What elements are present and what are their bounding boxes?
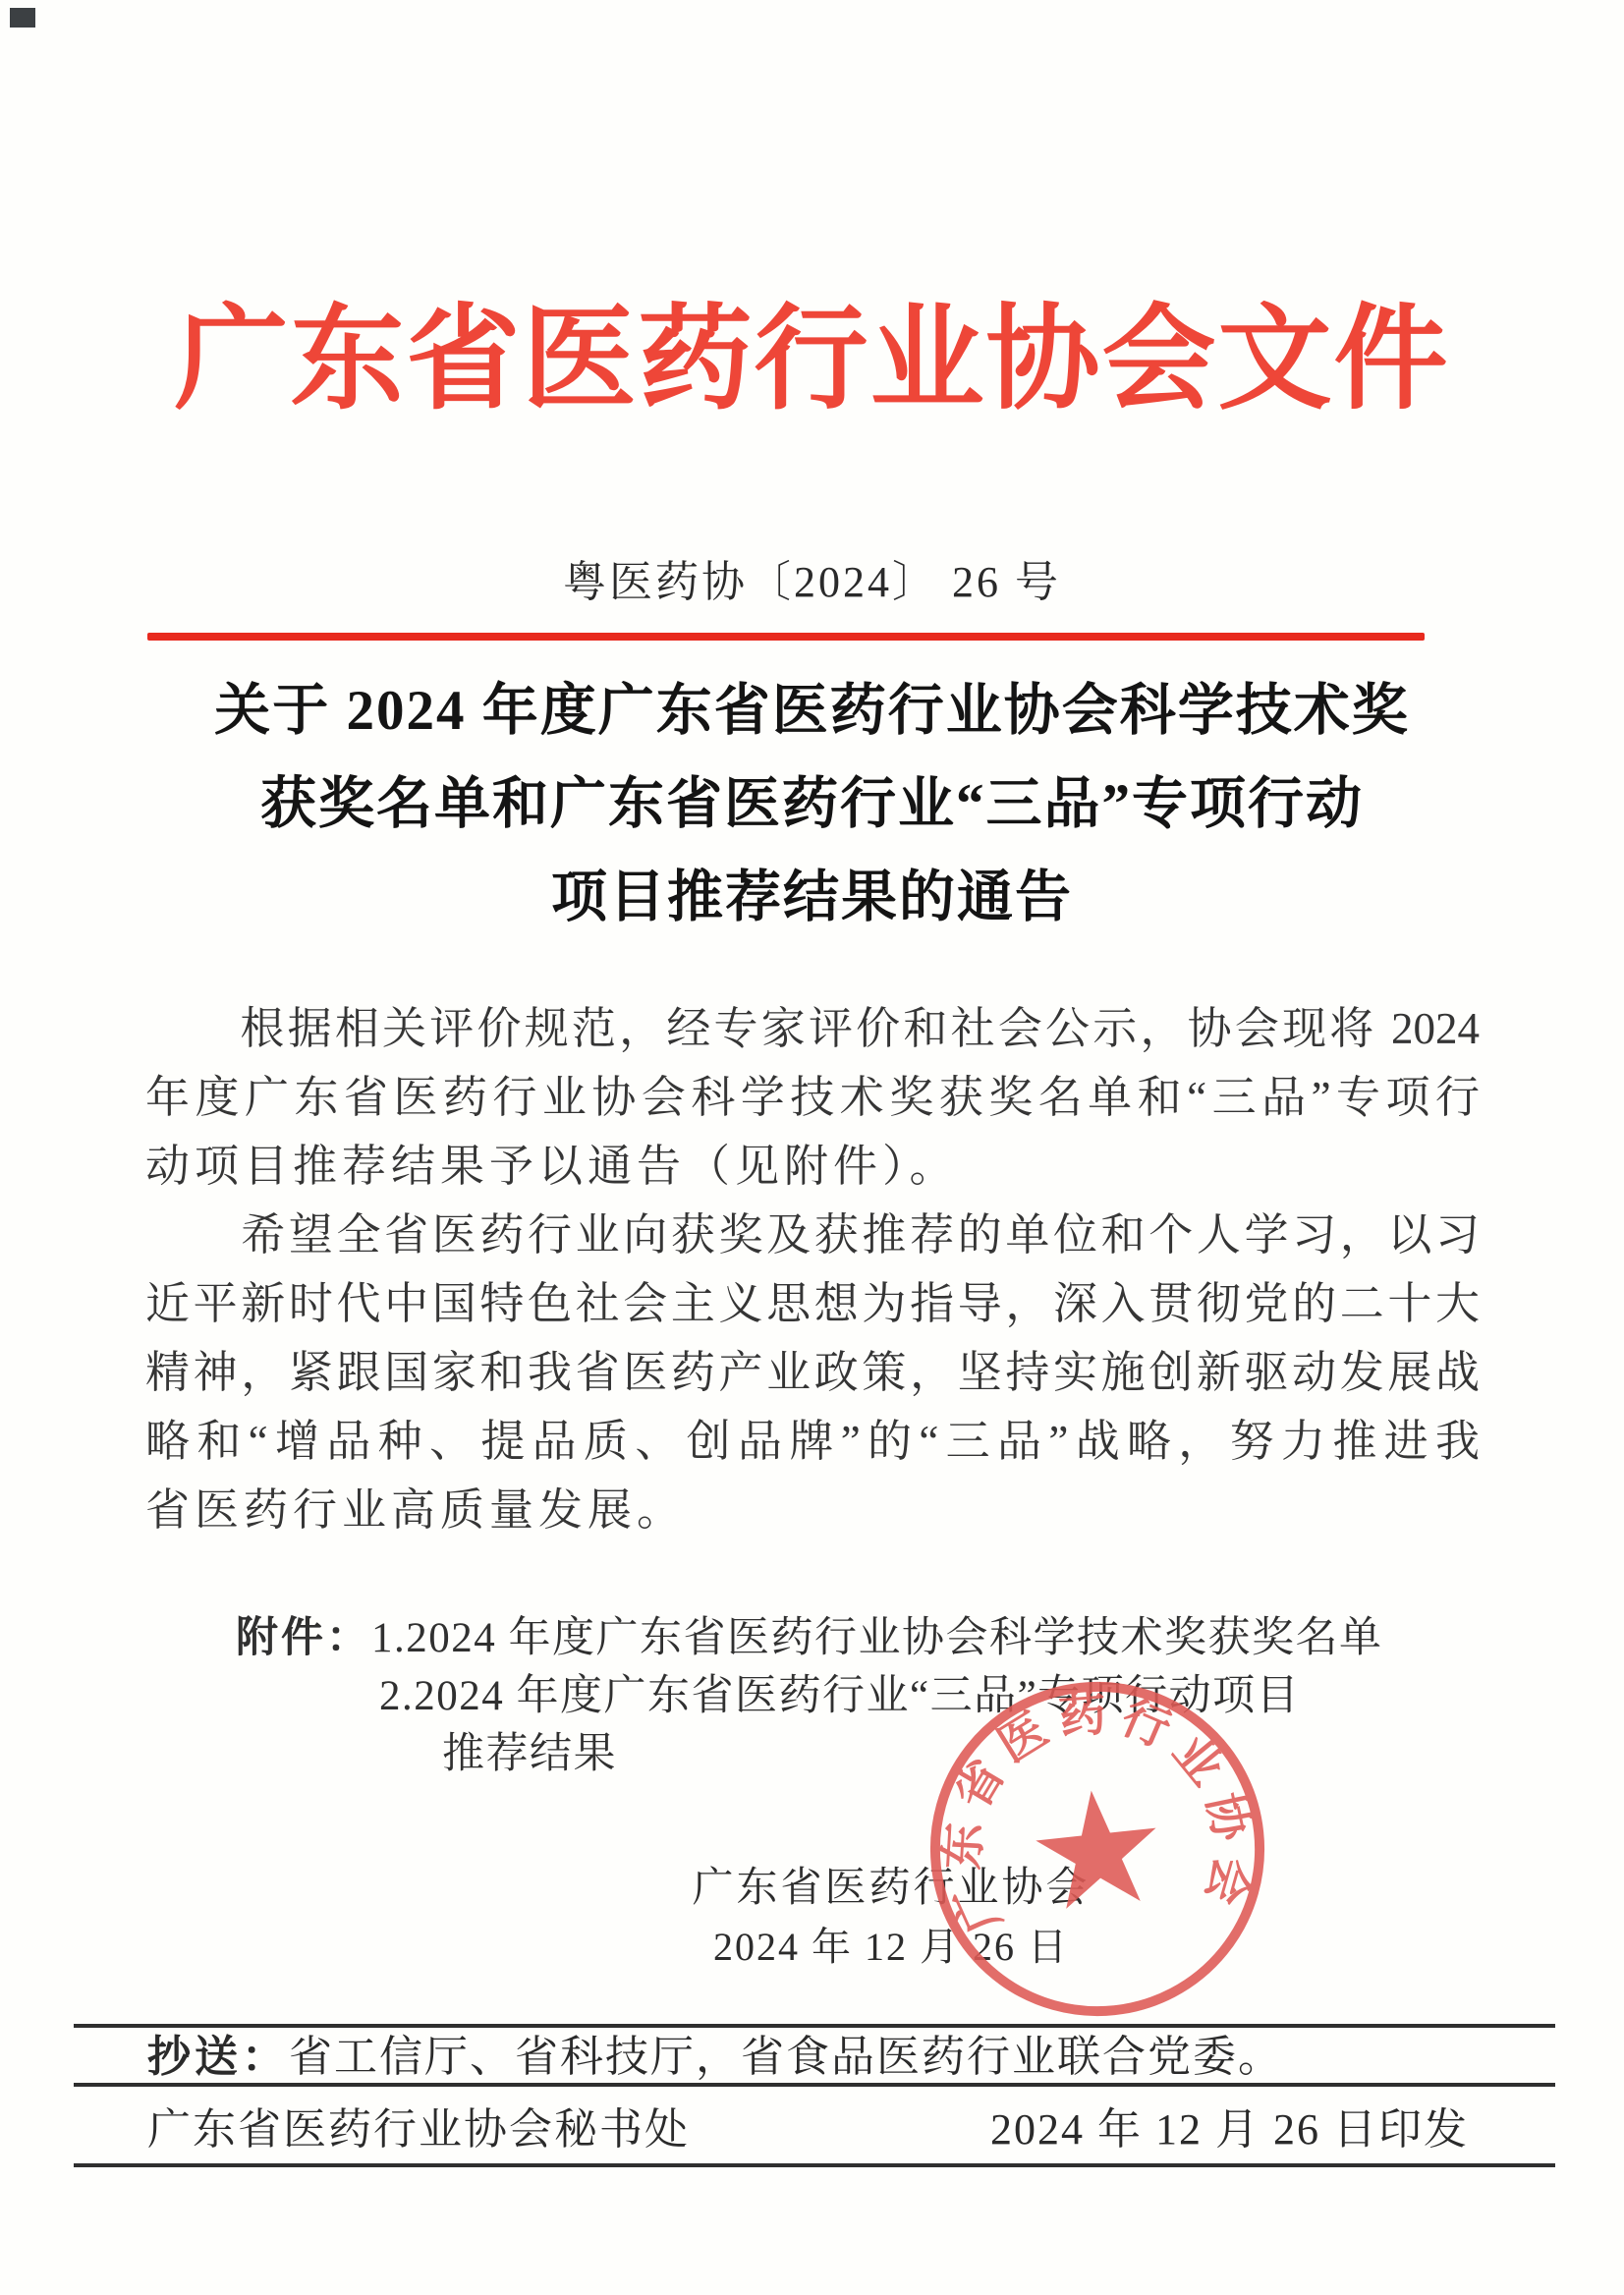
attachments-block: 附件：1.2024 年度广东省医药行业协会科学技术奖获奖名单 2.2024 年度… <box>236 1609 1493 1783</box>
seal-star-icon <box>1032 1784 1163 1911</box>
attachment-item-2-continued: 推荐结果 <box>236 1725 1493 1783</box>
body-line: 年度广东省医药行业协会科学技术奖获奖名单和“三品”专项行 <box>145 1063 1480 1132</box>
official-document-page: 广东省医药行业协会文件 粤医药协〔2024〕 26 号 关于 2024 年度广东… <box>0 0 1624 2295</box>
issuer-line: 广东省医药行业协会秘书处 2024 年 12 月 26 日印发 <box>147 2102 1469 2157</box>
body-line: 动项目推荐结果予以通告（见附件）。 <box>145 1132 1480 1201</box>
attachment-line: 附件：1.2024 年度广东省医药行业协会科学技术奖获奖名单 <box>236 1609 1493 1667</box>
attachments-label: 附件： <box>236 1615 371 1661</box>
attachment-item-1: 1.2024 年度广东省医药行业协会科学技术奖获奖名单 <box>371 1615 1383 1661</box>
attachment-item-2: 2.2024 年度广东省医药行业“三品”专项行动项目 <box>236 1667 1493 1725</box>
body-line: 希望全省医药行业向获奖及获推荐的单位和个人学习，以习 <box>145 1201 1480 1269</box>
cc-line: 抄送：省工信厅、省科技厅，省食品医药行业联合党委。 <box>147 2030 1480 2085</box>
body-line: 近平新时代中国特色社会主义思想为指导，深入贯彻党的二十大 <box>145 1269 1480 1338</box>
scan-artifact-square <box>10 8 35 28</box>
cc-recipients: 省工信厅、省科技厅，省食品医药行业联合党委。 <box>289 2033 1283 2081</box>
body-line: 精神，紧跟国家和我省医药产业政策，坚持实施创新驱动发展战 <box>145 1338 1480 1407</box>
document-header-title: 广东省医药行业协会文件 <box>0 267 1624 431</box>
notice-title-line: 关于 2024 年度广东省医药行业协会科学技术奖 <box>0 664 1624 757</box>
print-date: 2024 年 12 月 26 日印发 <box>990 2102 1469 2157</box>
cc-label: 抄送： <box>147 2033 289 2081</box>
body-line: 省医药行业高质量发展。 <box>145 1476 1480 1544</box>
footer-divider-bottom <box>74 2163 1555 2167</box>
footer-divider-top <box>74 2024 1555 2028</box>
notice-title-line: 获奖名单和广东省医药行业“三品”专项行动 <box>0 757 1624 851</box>
body-line: 略和“增品种、提品质、创品牌”的“三品”战略，努力推进我 <box>145 1407 1480 1476</box>
footer-divider-middle <box>74 2083 1555 2087</box>
issuer-office: 广东省医药行业协会秘书处 <box>147 2102 690 2157</box>
red-divider-line <box>147 633 1425 641</box>
document-number: 粤医药协〔2024〕 26 号 <box>0 546 1624 609</box>
notice-title-line: 项目推荐结果的通告 <box>0 851 1624 944</box>
body-text: 根据相关评价规范，经专家评价和社会公示，协会现将 2024 年度广东省医药行业协… <box>145 994 1480 1544</box>
official-seal: 广东省医药行业协会 <box>904 1655 1290 2042</box>
body-line: 根据相关评价规范，经专家评价和社会公示，协会现将 2024 <box>145 994 1480 1063</box>
notice-title: 关于 2024 年度广东省医药行业协会科学技术奖 获奖名单和广东省医药行业“三品… <box>0 664 1624 944</box>
